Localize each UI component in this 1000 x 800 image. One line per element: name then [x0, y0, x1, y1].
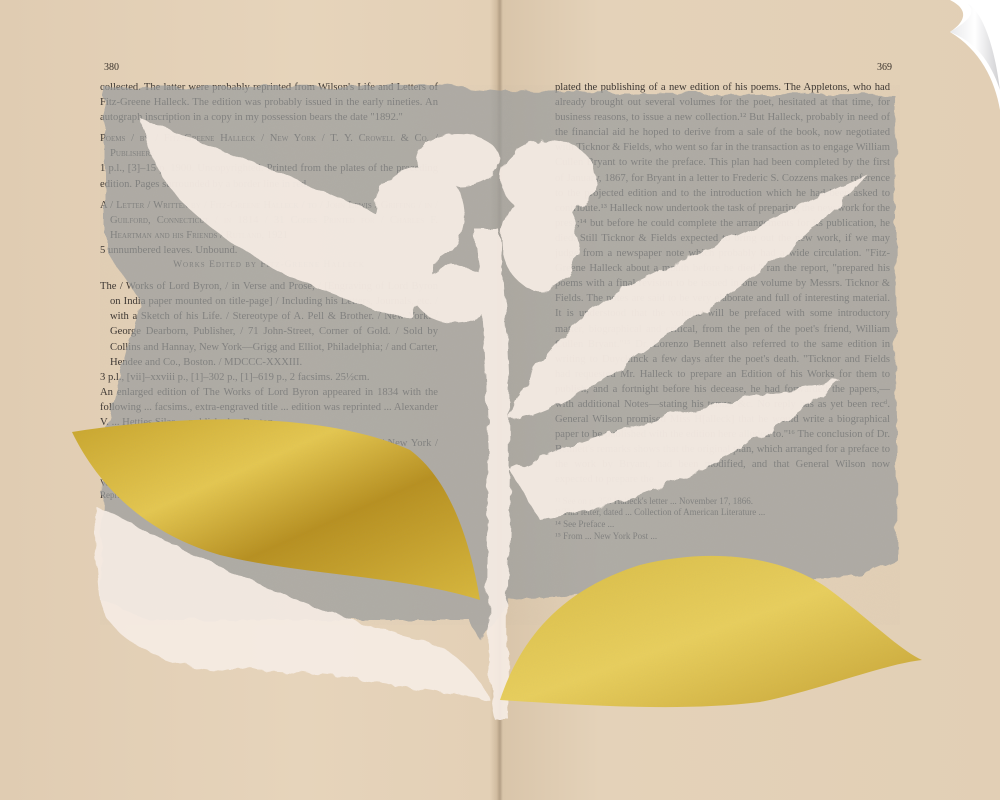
entry-selections-vol2: Volume II: 2 p.l., [v]–x p., 1 l., [13]–…	[100, 478, 438, 490]
right-page-text: plated the publishing of a new edition o…	[555, 80, 890, 543]
right-page: 369 plated the publishing of a new editi…	[500, 0, 1000, 800]
entry-poems-title: Poems / by / Fitz-Greene Halleck / New Y…	[100, 131, 438, 161]
section-heading: Works Edited by Fitz-Greene Halleck	[100, 258, 438, 273]
left-page-number: 380	[104, 62, 119, 73]
left-paragraph: collected. The latter were probably repr…	[100, 80, 438, 125]
entry-selections-title: Selections / from / the British Poets / …	[100, 436, 438, 466]
entry-poems-desc: 1 p.l., [3]–15 p. 1900. Uncopyrighted. P…	[100, 161, 438, 191]
page-curl	[940, 0, 1000, 110]
footnote: ¹² See on p. 358 Halleck's letter ... No…	[555, 496, 890, 508]
entry-byron-title: The / Works of Lord Byron, / in Verse an…	[100, 279, 438, 370]
left-page: 380 collected. The latter were probably …	[0, 0, 500, 800]
right-page-body: plated the publishing of a new edition o…	[555, 80, 890, 488]
entry-byron-desc: 3 p.l., [vii]–xxviii p., [1]–302 p., [1]…	[100, 370, 438, 385]
book-spread: 380 collected. The latter were probably …	[0, 0, 1000, 800]
entry-selections-note: Reprints were issued in 1843, 1845, and …	[100, 490, 438, 502]
left-page-text: collected. The latter were probably repr…	[100, 80, 438, 502]
footnote: ¹³ This letter, dated ... Collection of …	[555, 507, 890, 519]
entry-byron-note: An enlarged edition of The Works of Lord…	[100, 385, 438, 430]
footnote: ¹⁵ From ... New York Post ...	[555, 531, 890, 543]
book-gutter	[497, 0, 503, 800]
entry-selections-vol1: Volume I: 2 p.l., [v]–ix p., 1 l., [13]–…	[100, 466, 438, 478]
footnote: ¹⁴ See Preface ...	[555, 519, 890, 531]
right-page-number: 369	[877, 62, 892, 73]
entry-letter-title: A / Letter / Written by / Fitz-Greene Ha…	[100, 198, 438, 243]
entry-letter-desc: 5 unnumbered leaves. Unbound.	[100, 243, 438, 258]
